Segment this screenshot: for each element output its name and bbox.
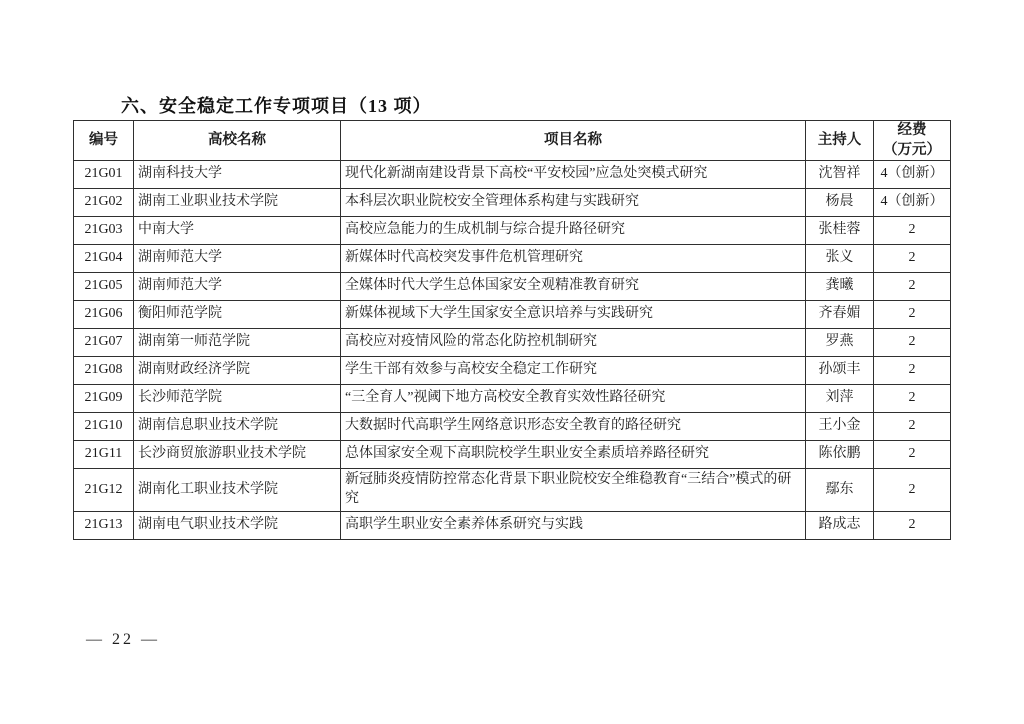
- cell-id: 21G03: [74, 217, 134, 245]
- cell-id: 21G04: [74, 245, 134, 273]
- cell-funding: 2: [874, 217, 951, 245]
- table-body: 21G01 湖南科技大学 现代化新湖南建设背景下高校“平安校园”应急处突模式研究…: [74, 161, 951, 540]
- cell-project: 新媒体时代高校突发事件危机管理研究: [341, 245, 806, 273]
- document-page: 六、安全稳定工作专项项目（13 项） 编号 高校名称 项目名称 主持人 经费 （…: [0, 0, 1024, 724]
- cell-funding: 2: [874, 357, 951, 385]
- header-project: 项目名称: [341, 121, 806, 161]
- table-row: 21G09 长沙师范学院 “三全育人”视阈下地方高校安全教育实效性路径研究 刘萍…: [74, 385, 951, 413]
- table-row: 21G11 长沙商贸旅游职业技术学院 总体国家安全观下高职院校学生职业安全素质培…: [74, 441, 951, 469]
- cell-leader: 杨晨: [806, 189, 874, 217]
- cell-funding: 2: [874, 301, 951, 329]
- cell-leader: 齐春媚: [806, 301, 874, 329]
- projects-table: 编号 高校名称 项目名称 主持人 经费 （万元） 21G01 湖南科技大学 现代…: [73, 120, 951, 540]
- cell-university: 长沙商贸旅游职业技术学院: [134, 441, 341, 469]
- cell-leader: 罗燕: [806, 329, 874, 357]
- cell-funding: 2: [874, 511, 951, 539]
- header-funding: 经费 （万元）: [874, 121, 951, 161]
- table-row: 21G12 湖南化工职业技术学院 新冠肺炎疫情防控常态化背景下职业院校安全维稳教…: [74, 469, 951, 512]
- table-header: 编号 高校名称 项目名称 主持人 经费 （万元）: [74, 121, 951, 161]
- cell-funding: 2: [874, 385, 951, 413]
- table-row: 21G02 湖南工业职业技术学院 本科层次职业院校安全管理体系构建与实践研究 杨…: [74, 189, 951, 217]
- table-row: 21G08 湖南财政经济学院 学生干部有效参与高校安全稳定工作研究 孙颂丰 2: [74, 357, 951, 385]
- cell-leader: 陈依鹏: [806, 441, 874, 469]
- cell-id: 21G10: [74, 413, 134, 441]
- cell-funding: 4（创新）: [874, 161, 951, 189]
- cell-university: 湖南信息职业技术学院: [134, 413, 341, 441]
- cell-university: 长沙师范学院: [134, 385, 341, 413]
- section-title: 六、安全稳定工作专项项目（13 项）: [121, 92, 432, 118]
- cell-leader: 龚曦: [806, 273, 874, 301]
- cell-project: 现代化新湖南建设背景下高校“平安校园”应急处突模式研究: [341, 161, 806, 189]
- cell-university: 湖南第一师范学院: [134, 329, 341, 357]
- cell-project: 学生干部有效参与高校安全稳定工作研究: [341, 357, 806, 385]
- cell-project: 高校应急能力的生成机制与综合提升路径研究: [341, 217, 806, 245]
- cell-id: 21G02: [74, 189, 134, 217]
- cell-university: 湖南师范大学: [134, 273, 341, 301]
- cell-funding: 2: [874, 413, 951, 441]
- cell-project: 新冠肺炎疫情防控常态化背景下职业院校安全维稳教育“三结合”模式的研究: [341, 469, 806, 512]
- cell-project: 全媒体时代大学生总体国家安全观精准教育研究: [341, 273, 806, 301]
- cell-university: 衡阳师范学院: [134, 301, 341, 329]
- header-id: 编号: [74, 121, 134, 161]
- cell-leader: 路成志: [806, 511, 874, 539]
- cell-id: 21G12: [74, 469, 134, 512]
- cell-project: 总体国家安全观下高职院校学生职业安全素质培养路径研究: [341, 441, 806, 469]
- cell-id: 21G07: [74, 329, 134, 357]
- cell-university: 湖南财政经济学院: [134, 357, 341, 385]
- cell-university: 中南大学: [134, 217, 341, 245]
- table-row: 21G06 衡阳师范学院 新媒体视域下大学生国家安全意识培养与实践研究 齐春媚 …: [74, 301, 951, 329]
- header-university: 高校名称: [134, 121, 341, 161]
- cell-funding: 2: [874, 245, 951, 273]
- cell-funding: 2: [874, 329, 951, 357]
- table-row: 21G03 中南大学 高校应急能力的生成机制与综合提升路径研究 张桂蓉 2: [74, 217, 951, 245]
- cell-id: 21G01: [74, 161, 134, 189]
- cell-project: “三全育人”视阈下地方高校安全教育实效性路径研究: [341, 385, 806, 413]
- cell-university: 湖南电气职业技术学院: [134, 511, 341, 539]
- cell-leader: 沈智祥: [806, 161, 874, 189]
- cell-leader: 刘萍: [806, 385, 874, 413]
- cell-project: 高校应对疫情风险的常态化防控机制研究: [341, 329, 806, 357]
- page-number: — 22 —: [86, 631, 160, 649]
- cell-leader: 张桂蓉: [806, 217, 874, 245]
- table-row: 21G05 湖南师范大学 全媒体时代大学生总体国家安全观精准教育研究 龚曦 2: [74, 273, 951, 301]
- cell-leader: 鄢东: [806, 469, 874, 512]
- cell-leader: 张义: [806, 245, 874, 273]
- cell-project: 高职学生职业安全素养体系研究与实践: [341, 511, 806, 539]
- cell-id: 21G09: [74, 385, 134, 413]
- cell-project: 大数据时代高职学生网络意识形态安全教育的路径研究: [341, 413, 806, 441]
- cell-university: 湖南科技大学: [134, 161, 341, 189]
- cell-funding: 2: [874, 273, 951, 301]
- header-row: 编号 高校名称 项目名称 主持人 经费 （万元）: [74, 121, 951, 161]
- cell-project: 本科层次职业院校安全管理体系构建与实践研究: [341, 189, 806, 217]
- cell-id: 21G11: [74, 441, 134, 469]
- cell-funding: 2: [874, 441, 951, 469]
- table-row: 21G13 湖南电气职业技术学院 高职学生职业安全素养体系研究与实践 路成志 2: [74, 511, 951, 539]
- cell-university: 湖南化工职业技术学院: [134, 469, 341, 512]
- cell-funding: 4（创新）: [874, 189, 951, 217]
- cell-id: 21G06: [74, 301, 134, 329]
- header-leader: 主持人: [806, 121, 874, 161]
- cell-university: 湖南工业职业技术学院: [134, 189, 341, 217]
- cell-leader: 王小金: [806, 413, 874, 441]
- cell-id: 21G05: [74, 273, 134, 301]
- cell-leader: 孙颂丰: [806, 357, 874, 385]
- cell-university: 湖南师范大学: [134, 245, 341, 273]
- cell-id: 21G13: [74, 511, 134, 539]
- cell-funding: 2: [874, 469, 951, 512]
- cell-project: 新媒体视域下大学生国家安全意识培养与实践研究: [341, 301, 806, 329]
- table-row: 21G10 湖南信息职业技术学院 大数据时代高职学生网络意识形态安全教育的路径研…: [74, 413, 951, 441]
- table-row: 21G07 湖南第一师范学院 高校应对疫情风险的常态化防控机制研究 罗燕 2: [74, 329, 951, 357]
- table-row: 21G01 湖南科技大学 现代化新湖南建设背景下高校“平安校园”应急处突模式研究…: [74, 161, 951, 189]
- table-row: 21G04 湖南师范大学 新媒体时代高校突发事件危机管理研究 张义 2: [74, 245, 951, 273]
- cell-id: 21G08: [74, 357, 134, 385]
